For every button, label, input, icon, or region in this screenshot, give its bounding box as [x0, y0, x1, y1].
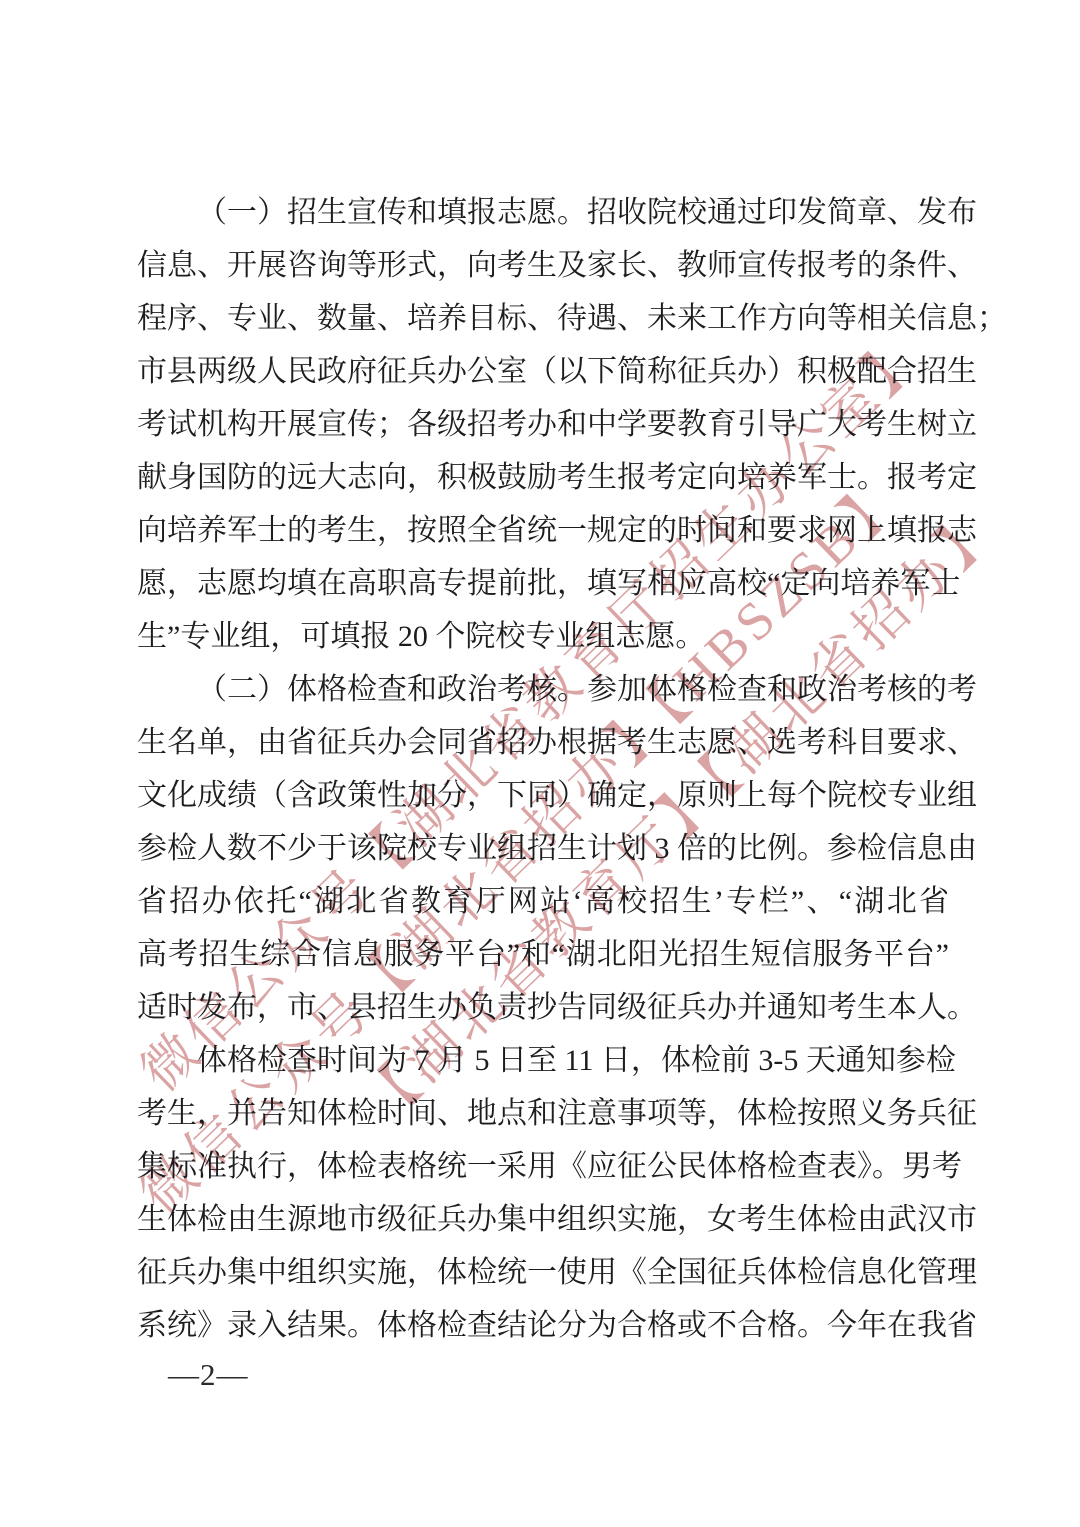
- text-line: 体格检查时间为 7 月 5 日至 11 日，体检前 3-5 天通知参检: [137, 1034, 949, 1087]
- text-line: （二）体格检查和政治考核。参加体格检查和政治考核的考: [137, 663, 949, 716]
- text-line: （一）招生宣传和填报志愿。招收院校通过印发简章、发布: [137, 186, 949, 239]
- text-line: 集标准执行，体检表格统一采用《应征公民体格检查表》。男考: [137, 1140, 949, 1193]
- document-page: 微信公众号【湖北省教育厅招生办公室】 微信公众号【湖北省招办】【HBSZSB】 …: [0, 0, 1080, 1527]
- text-line: 愿，志愿均填在高职高专提前批，填写相应高校“定向培养军士: [137, 557, 949, 610]
- text-line: 程序、专业、数量、培养目标、待遇、未来工作方向等相关信息；: [137, 292, 949, 345]
- page-number: —2—: [168, 1357, 249, 1393]
- text-line: 省招办依托“湖北省教育厅网站‘高校招生’专栏”、“湖北省: [137, 875, 949, 928]
- document-body: （一）招生宣传和填报志愿。招收院校通过印发简章、发布 信息、开展咨询等形式，向考…: [137, 186, 949, 1352]
- text-line: 考试机构开展宣传；各级招考办和中学要教育引导广大考生树立: [137, 398, 949, 451]
- text-line: 系统》录入结果。体格检查结论分为合格或不合格。今年在我省: [137, 1299, 949, 1352]
- text-line: 适时发布，市、县招生办负责抄告同级征兵办并通知考生本人。: [137, 981, 949, 1034]
- text-line: 献身国防的远大志向，积极鼓励考生报考定向培养军士。报考定: [137, 451, 949, 504]
- text-line: 生体检由生源地市级征兵办集中组织实施，女考生体检由武汉市: [137, 1193, 949, 1246]
- paragraph-recruitment-publicity: （一）招生宣传和填报志愿。招收院校通过印发简章、发布 信息、开展咨询等形式，向考…: [137, 186, 949, 663]
- paragraph-exam-schedule: 体格检查时间为 7 月 5 日至 11 日，体检前 3-5 天通知参检 考生，并…: [137, 1034, 949, 1352]
- text-line: 高考招生综合信息服务平台”和“湖北阳光招生短信服务平台”: [137, 928, 949, 981]
- text-line: 市县两级人民政府征兵办公室（以下简称征兵办）积极配合招生: [137, 345, 949, 398]
- text-line: 文化成绩（含政策性加分，下同）确定，原则上每个院校专业组: [137, 769, 949, 822]
- text-line: 信息、开展咨询等形式，向考生及家长、教师宣传报考的条件、: [137, 239, 949, 292]
- text-line: 参检人数不少于该院校专业组招生计划 3 倍的比例。参检信息由: [137, 822, 949, 875]
- text-line: 考生，并告知体检时间、地点和注意事项等，体检按照义务兵征: [137, 1087, 949, 1140]
- text-line: 向培养军士的考生，按照全省统一规定的时间和要求网上填报志: [137, 504, 949, 557]
- paragraph-physical-exam-political-review: （二）体格检查和政治考核。参加体格检查和政治考核的考 生名单，由省征兵办会同省招…: [137, 663, 949, 1034]
- text-line: 生”专业组，可填报 20 个院校专业组志愿。: [137, 610, 949, 663]
- text-line: 征兵办集中组织实施，体检统一使用《全国征兵体检信息化管理: [137, 1246, 949, 1299]
- text-line: 生名单，由省征兵办会同省招办根据考生志愿、选考科目要求、: [137, 716, 949, 769]
